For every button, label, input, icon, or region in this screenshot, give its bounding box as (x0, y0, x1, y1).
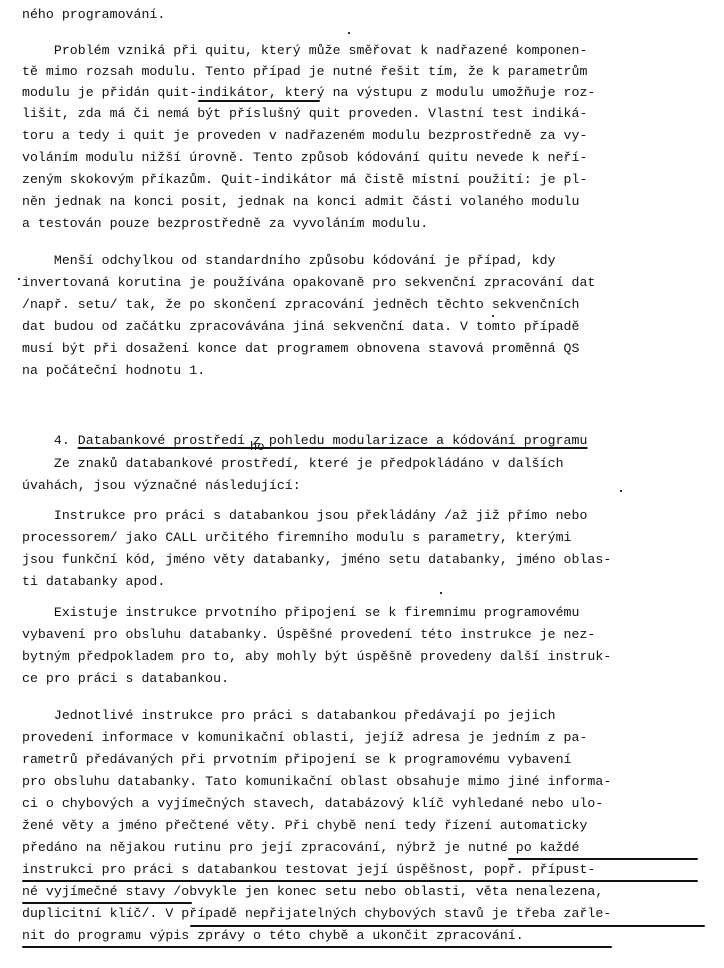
text-line: toru a tedy i quit je proveden v nadřaze… (22, 127, 587, 145)
text-line: duplicitní klíč/. V případě nepřijatelný… (22, 905, 611, 923)
text-line: rametrů předávaných při prvotním připoje… (22, 751, 572, 769)
text-line: zeným skokovým příkazům. Quit-indikátor … (22, 171, 587, 189)
scanned-document-page: ného programování. Problém vzniká při qu… (0, 0, 724, 968)
text-line: voláním modulu nižší úrovně. Tento způso… (22, 149, 587, 167)
text-line: ce pro práci s databankou. (22, 670, 229, 688)
scan-speck (348, 32, 350, 34)
text-line: processorem/ jako CALL určitého firemníh… (22, 529, 572, 547)
scan-speck (492, 315, 494, 317)
text-line: /např. setu/ tak, že po skončení zpracov… (22, 296, 579, 314)
text-line: lišit, zda má či nemá být příslušný quit… (22, 105, 587, 123)
handwritten-underline (508, 858, 698, 860)
text-line: Problém vzniká při quitu, který může smě… (22, 42, 587, 60)
scan-speck (620, 490, 622, 492)
text-line: ného programování. (22, 6, 165, 24)
text-line: Menší odchylkou od standardního způsobu … (22, 252, 556, 270)
text-line: Jednotlivé instrukce pro práci s databan… (22, 707, 556, 725)
scan-speck (18, 278, 20, 280)
text-line: pro obsluhu databanky. Tato komunikační … (22, 773, 611, 791)
text-line: ti databanky apod. (22, 573, 165, 591)
text-line: provedení informace v komunikační oblast… (22, 729, 587, 747)
text-line: instrukci pro práci s databankou testova… (22, 861, 595, 879)
text-line: tě mimo rozsah modulu. Tento případ je n… (22, 63, 587, 81)
handwritten-underline (190, 925, 705, 927)
text-line: vybavení pro obsluhu databanky. Úspěšné … (22, 626, 595, 644)
text-line: na počáteční hodnotu 1. (22, 362, 205, 380)
text-line: Ze znaků databankové prostředí, které je… (22, 455, 564, 473)
text-line: Existuje instrukce prvotního připojení s… (22, 604, 579, 622)
text-line: něn jednak na konci posit, jednak na kon… (22, 193, 579, 211)
text-line: dat budou od začátku zpracovávána jiná s… (22, 318, 579, 336)
text-line: nit do programu výpis zprávy o této chyb… (22, 927, 524, 945)
text-line: invertovaná korutina je používána opakov… (22, 274, 595, 292)
text-line: Instrukce pro práci s databankou jsou př… (22, 507, 587, 525)
text-line: a testován pouze bezprostředně za vyvolá… (22, 215, 428, 233)
section-number: 4. (54, 433, 70, 448)
handwritten-underline (22, 902, 192, 904)
text-line: ci o chybových a vyjímečných stavech, da… (22, 795, 603, 813)
handwritten-insert: ho (250, 440, 264, 454)
text-line: jsou funkční kód, jméno věty databanky, … (22, 551, 611, 569)
handwritten-underline (22, 880, 698, 882)
scan-speck (440, 592, 442, 594)
section-title: Databankové prostředí z pohledu modulari… (78, 433, 588, 448)
handwritten-underline (198, 100, 320, 102)
text-line: musí být při dosažení konce dat programe… (22, 340, 579, 358)
text-line: bytným předpokladem pro to, aby mohly bý… (22, 648, 611, 666)
text-line: úvahách, jsou význačné následující: (22, 477, 301, 495)
handwritten-underline (22, 946, 612, 948)
text-line: né vyjímečné stavy /obvykle jen konec se… (22, 883, 603, 901)
text-line: předáno na nějakou rutinu pro její zprac… (22, 839, 579, 857)
text-line: žené věty a jméno přečtené věty. Při chy… (22, 817, 587, 835)
